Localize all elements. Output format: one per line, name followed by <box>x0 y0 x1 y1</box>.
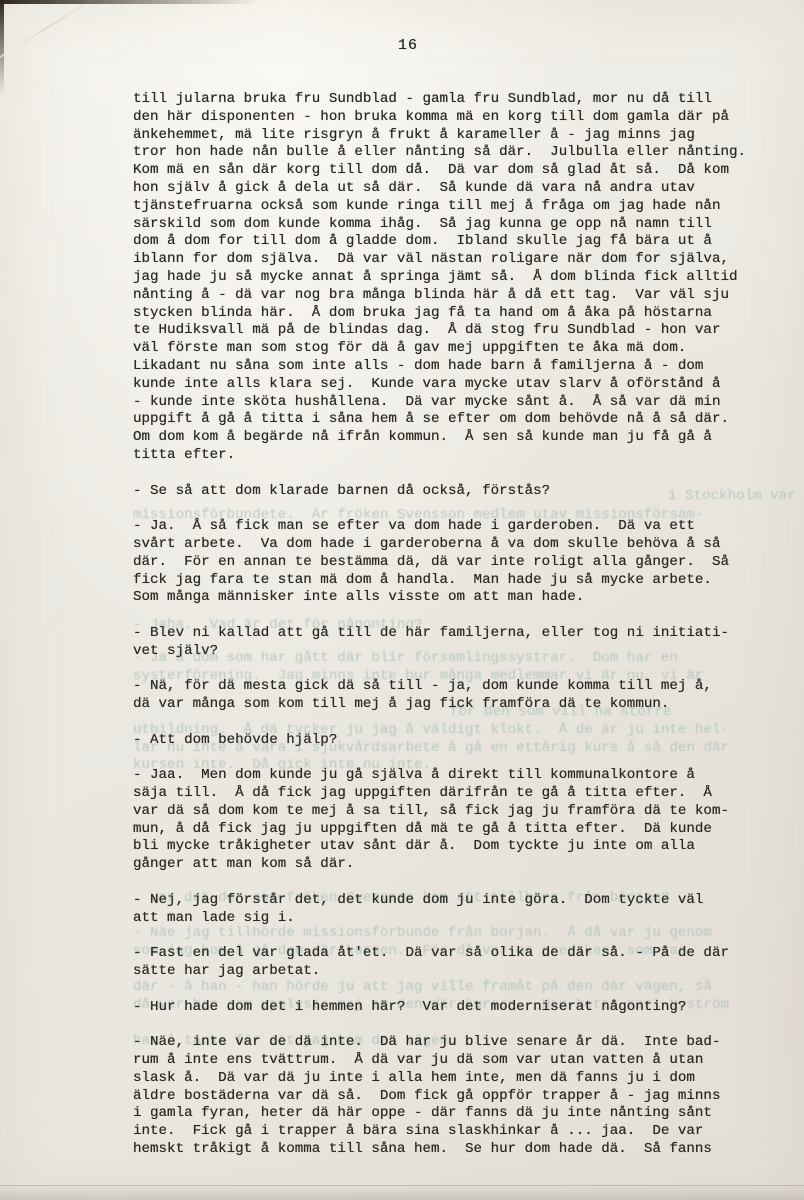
page-number: 16 <box>398 37 418 54</box>
typewritten-line: tjänstefruarna också som kunde ringa til… <box>133 198 773 216</box>
typewritten-line: - Nä, för dä mesta gick dä så till - ja,… <box>133 678 773 696</box>
typewritten-line: att man lade sig i. <box>133 910 773 928</box>
typewritten-line: - Fast en del var glada åt'et. Dä var så… <box>133 945 773 963</box>
typewritten-line: mun, å då fick jag ju uppgiften då mä te… <box>133 821 773 839</box>
typewritten-line <box>133 607 773 625</box>
typewritten-line: nånting å - dä var nog bra många blinda … <box>133 287 773 305</box>
typewritten-line: dom å dom for till dom å gladde dom. Ibl… <box>133 233 773 251</box>
typewritten-line: - Jaa. Men dom kunde ju gå själva å dire… <box>133 767 773 785</box>
typewritten-line: Kom mä en sån där korg till dom då. Dä v… <box>133 162 773 180</box>
typewritten-line: fick jag fara te stan mä dom å handla. M… <box>133 572 773 590</box>
typewritten-line <box>133 714 773 732</box>
typewritten-line: i gamla fyran, heter dä här oppe - där f… <box>133 1105 773 1123</box>
typewritten-line: där. För en annan te bestämma dä, dä var… <box>133 554 773 572</box>
typewritten-line: - Blev ni kallad att gå till de här fami… <box>133 625 773 643</box>
typewritten-line: kunde inte alls klara sej. Kunde vara my… <box>133 376 773 394</box>
typewritten-line: iblann for dom själva. Dä var väl nästan… <box>133 251 773 269</box>
typewritten-line: svårt arbete. Va dom hade i garderoberna… <box>133 536 773 554</box>
typewritten-line: till jularna bruka fru Sundblad - gamla … <box>133 91 773 109</box>
typewritten-line: titta efter. <box>133 447 773 465</box>
typewritten-line: - kunde inte sköta hushållena. Dä var my… <box>133 394 773 412</box>
typewritten-line <box>133 874 773 892</box>
typewritten-line: sätte har jag arbetat. <box>133 963 773 981</box>
typewritten-line: säja till. Å då fick jag uppgiften därif… <box>133 785 773 803</box>
typewritten-line <box>133 1016 773 1034</box>
typewritten-line: äldre bostäderna var dä så. Dom fick gå … <box>133 1088 773 1106</box>
typewritten-line: var dä så dom kom te mej å sa till, så f… <box>133 803 773 821</box>
typewritten-line: stycken blinda här. Å dom bruka jag få t… <box>133 305 773 323</box>
typewritten-line <box>133 749 773 767</box>
typewritten-line: jag hade ju så mycke annat å springa jäm… <box>133 269 773 287</box>
typewritten-line: tror hon hade nån bulle å eller nånting … <box>133 144 773 162</box>
paper-crease <box>0 0 101 64</box>
typewritten-line: - Hur hade dom det i hemmen här? Var det… <box>133 999 773 1017</box>
typewritten-line: inte. Fick gå i trapper å bära sina slas… <box>133 1123 773 1141</box>
typewritten-line: bli mycke tråkigheter utav sånt där å. D… <box>133 838 773 856</box>
typewritten-line: te Hudiksvall mä på de blindas dag. Å dä… <box>133 322 773 340</box>
typewritten-line <box>133 500 773 518</box>
typewritten-line <box>133 981 773 999</box>
typewritten-line: Som många människer inte alls visste om … <box>133 589 773 607</box>
typewritten-line: väl förste man som stog för dä å gav mej… <box>133 340 773 358</box>
typewritten-line: - Ja. Å så fick man se efter va dom hade… <box>133 518 773 536</box>
typewritten-text: till jularna bruka fru Sundblad - gamla … <box>133 91 773 1159</box>
typewritten-line: den här disponenten - hon bruka komma mä… <box>133 109 773 127</box>
typewritten-line: - Nej, jag förstår det, det kunde dom ju… <box>133 892 773 910</box>
typewritten-line: vet själv? <box>133 643 773 661</box>
typewritten-line: - Näe, inte var de dä inte. Dä har ju bl… <box>133 1034 773 1052</box>
typewritten-line: rum å inte ens tvättrum. Å dä var ju dä … <box>133 1052 773 1070</box>
scan-edge-left <box>0 0 4 95</box>
typewritten-line: - Att dom behövde hjälp? <box>133 732 773 750</box>
scan-edge-bottom <box>0 1185 804 1200</box>
typewritten-line: Likadant nu såna som inte alls - dom had… <box>133 358 773 376</box>
typewritten-line: gånger att man kom så där. <box>133 856 773 874</box>
typewritten-line <box>133 661 773 679</box>
typewritten-line: dä var många som kom till mej å jag fick… <box>133 696 773 714</box>
scanned-page: i Stockholm varmissionsförbundete. Är fr… <box>0 0 804 1200</box>
typewritten-line: hemskt tråkigt å komma till såna hem. Se… <box>133 1141 773 1159</box>
typewritten-line: särskild som dom kunde komma ihåg. Så ja… <box>133 216 773 234</box>
typewritten-line: änkehemmet, mä lite risgryn å frukt å ka… <box>133 127 773 145</box>
typewritten-line: hon själv å gick å dela ut så där. Så ku… <box>133 180 773 198</box>
typewritten-line <box>133 927 773 945</box>
typewritten-line: - Se så att dom klarade barnen då också,… <box>133 483 773 501</box>
typewritten-line <box>133 465 773 483</box>
typewritten-line: slask å. Dä var dä ju inte i alla hem in… <box>133 1070 773 1088</box>
typewritten-line: Om dom kom å begärde nå ifrån kommun. Å … <box>133 429 773 447</box>
typewritten-line: uppgift å gå å titta i såna hem å se eft… <box>133 411 773 429</box>
scan-edge-top <box>0 0 260 4</box>
